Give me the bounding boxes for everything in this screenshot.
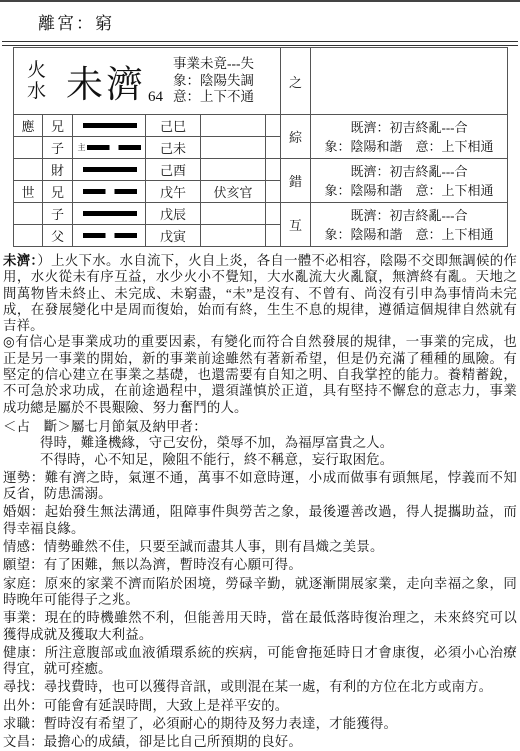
relation-label-cell: 互 <box>281 203 311 247</box>
ruler-marker: 主 <box>78 144 86 152</box>
line-cell <box>73 225 146 247</box>
table-row: 財 己酉 錯 既濟：初吉終亂---合 象：陰陽和諧 意：上下相通 <box>14 159 508 181</box>
six-relative-cell: 子 <box>43 203 73 225</box>
aspect-paragraph-wish: 願望：有了困難，無以為濟，暫時沒有心願可得。 <box>3 557 517 573</box>
relation-text-cell: 既濟：初吉終亂---合 象：陰陽和諧 意：上下相通 <box>311 159 508 203</box>
relation-text-cell: 既濟：初吉終亂---合 象：陰陽和諧 意：上下相通 <box>311 115 508 159</box>
position-cell <box>14 225 43 247</box>
summary-line: 意：上下不通 <box>173 89 254 106</box>
six-relative-cell: 父 <box>43 225 73 247</box>
palace-header: 離宮：窮 <box>38 9 114 34</box>
position-cell: 世 <box>14 181 43 203</box>
body-text: 未濟：）上火下水。水自流下，火自上炎，各自一體不必相容，陰陽不交即無調候的作用，… <box>3 253 517 751</box>
note-cell <box>201 115 266 137</box>
spacer-cell <box>266 159 281 181</box>
hexagram-header-cell: 火 水 未濟 64 事業未竟---失 象：陰陽失調 意：上下不通 <box>14 48 281 115</box>
note-cell <box>201 137 266 159</box>
stem-cell: 己巳 <box>146 115 201 137</box>
hexagram-line <box>83 189 137 194</box>
stem-cell: 己酉 <box>146 159 201 181</box>
hexagram-line <box>83 233 137 238</box>
hexagram-number: 64 <box>148 89 163 106</box>
relation-text-cell: 既濟：初吉終亂---合 象：陰陽和諧 意：上下相通 <box>311 203 508 247</box>
six-relative-cell: 兄 <box>43 115 73 137</box>
trigram-stack: 火 水 <box>27 60 46 102</box>
spacer-cell <box>266 115 281 137</box>
summary-line: 事業未竟---失 <box>173 56 254 73</box>
relation-line: 既濟：初吉終亂---合 <box>311 206 507 225</box>
relation-label-cell: 綜 <box>281 115 311 159</box>
hexagram-line <box>83 167 137 172</box>
line-cell <box>73 159 146 181</box>
aspect-paragraph-exam: 文昌：最擔心的成績，卻是比自己所預期的良好。 <box>3 734 517 750</box>
table-row: 應 兄 己巳 綜 既濟：初吉終亂---合 象：陰陽和諧 意：上下相通 <box>14 115 508 137</box>
note-cell <box>201 159 266 181</box>
divination-line: 得時，難逢機緣，守己安份，榮辱不加，為福厚富貴之人。 <box>3 435 517 451</box>
stem-cell: 戊寅 <box>146 225 201 247</box>
line-cell <box>73 203 146 225</box>
relation-line: 象：陰陽和諧 意：上下相通 <box>311 181 507 200</box>
aspect-paragraph-marriage: 婚姻：起始發生無法溝通，阻障事件與勞苦之象，最後遷善改過，得人提攜助益，而得幸福… <box>3 504 517 537</box>
stem-cell: 戊辰 <box>146 203 201 225</box>
hexagram-name: 未濟 <box>66 54 146 108</box>
position-cell <box>14 137 43 159</box>
note-cell <box>201 225 266 247</box>
aspect-paragraph-health: 健康：所注意腹部或血液循環系統的疾病，可能會拖延時日才會康復，必須小心治療得宜，… <box>3 645 517 678</box>
six-relative-cell: 兄 <box>43 181 73 203</box>
aspect-paragraph-search: 尋找：尋找費時，也可以獲得音訊，或則混在某一處，有利的方位在北方或南方。 <box>3 679 517 695</box>
double-divider <box>2 41 518 46</box>
spacer-cell <box>266 225 281 247</box>
hexagram-summary: 事業未竟---失 象：陰陽失調 意：上下不通 <box>173 56 254 106</box>
position-cell <box>14 203 43 225</box>
position-cell: 應 <box>14 115 43 137</box>
hexagram-line <box>87 145 141 150</box>
stem-cell: 己未 <box>146 137 201 159</box>
divination-header: ＜占 斷＞屬七月節氣及納甲者： <box>3 419 517 435</box>
note-cell <box>201 203 266 225</box>
hexagram-line <box>83 211 137 216</box>
aspect-paragraph-job: 求職：暫時沒有希望了，必須耐心的期待及努力表達，才能獲得。 <box>3 716 517 732</box>
intro-text: ）上火下水。水自流下，火自上炎，各自一體不必相容，陰陽不交即無調候的作用，水火從… <box>3 253 517 333</box>
divination-line: 不得時，心不知足，險阻不能行，終不稱意，妄行取困危。 <box>3 452 517 468</box>
confidence-paragraph: ◎有信心是事業成功的重要因素，有變化而符合自然發展的規律，一事業的完成，也正是另… <box>3 334 517 415</box>
hexagram-table: 火 水 未濟 64 事業未竟---失 象：陰陽失調 意：上下不通 之 應 兄 <box>13 47 508 247</box>
note-cell: 伏亥官 <box>201 181 266 203</box>
top-divider <box>0 0 520 2</box>
six-relative-cell: 子 <box>43 137 73 159</box>
aspect-paragraph-love: 情感：情勢雖然不佳，只要至誠而盡其人事，則有昌熾之美景。 <box>3 539 517 555</box>
aspect-paragraph-travel: 出外：可能會有延誤時間，大致上是祥平安的。 <box>3 698 517 714</box>
relation-line: 象：陰陽和諧 意：上下相通 <box>311 225 507 244</box>
spacer-cell <box>266 181 281 203</box>
line-cell <box>73 115 146 137</box>
aspect-paragraph-fortune: 運勢：難有濟之時，氣運不通，萬事不如意時運，小成而做事有頭無尾，悖義而不知反省，… <box>3 470 517 503</box>
line-cell <box>73 181 146 203</box>
intro-paragraph: 未濟：）上火下水。水自流下，火自上炎，各自一體不必相容，陰陽不交即無調候的作用，… <box>3 253 517 334</box>
zhi-empty-cell <box>311 48 508 115</box>
spacer-cell <box>266 203 281 225</box>
stem-cell: 戊午 <box>146 181 201 203</box>
zhi-label-cell: 之 <box>281 48 311 115</box>
summary-line: 象：陰陽失調 <box>173 73 254 90</box>
relation-label-cell: 錯 <box>281 159 311 203</box>
intro-lead: 未濟： <box>3 253 37 268</box>
trigram-bottom: 水 <box>27 81 46 102</box>
table-row: 子 戊辰 互 既濟：初吉終亂---合 象：陰陽和諧 意：上下相通 <box>14 203 508 225</box>
trigram-top: 火 <box>27 60 46 81</box>
relation-line: 既濟：初吉終亂---合 <box>311 118 507 137</box>
position-cell <box>14 159 43 181</box>
six-relative-cell: 財 <box>43 159 73 181</box>
page: 離宮：窮 火 水 未濟 64 事業未竟---失 象：陰陽失調 意：上下 <box>0 0 520 751</box>
relation-line: 既濟：初吉終亂---合 <box>311 162 507 181</box>
line-cell: 主 <box>73 137 146 159</box>
aspect-paragraph-family: 家庭：原來的家業不濟而陷於困境，勞碌辛勤，就逐漸開展家業，走向幸福之象，同時晚年… <box>3 576 517 609</box>
spacer-cell <box>266 137 281 159</box>
aspect-paragraph-career: 事業：現在的時機雖然不利，但能善用天時，當在最低落時復治理之，未來終究可以獲得成… <box>3 610 517 643</box>
hexagram-line <box>83 123 137 128</box>
relation-line: 象：陰陽和諧 意：上下相通 <box>311 137 507 156</box>
